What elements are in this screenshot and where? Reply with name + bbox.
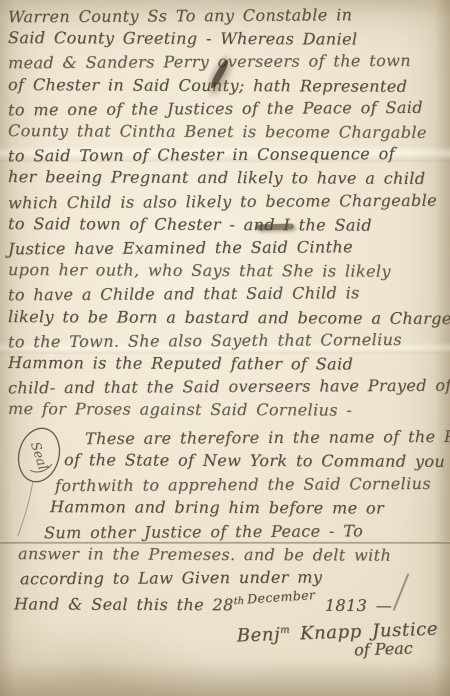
manuscript-line: mead & Sanders Perry overseers of the to… — [8, 49, 448, 75]
inserted-month: December — [246, 583, 316, 611]
manuscript-line: me for Proses against Said Cornelius - — [8, 397, 448, 422]
manuscript-line: Said County Greeting - Whereas Daniel — [8, 26, 448, 51]
manuscript-line: These are therefore in the name of the P… — [85, 425, 448, 451]
manuscript-line: Warren County Ss To any Constable in — [8, 3, 448, 29]
manuscript-line: to the Town. She also Sayeth that Cornel… — [8, 328, 448, 354]
manuscript-line: according to Law Given under my — [20, 565, 448, 591]
manuscript-command-paragraph: These are therefore in the name of the P… — [0, 426, 448, 618]
manuscript-line: answer in the Premeses. and be delt with — [18, 542, 448, 567]
signature-name-pre: Benj — [236, 624, 280, 647]
manuscript-line: Justice have Examined the Said Cinthe — [8, 235, 448, 261]
manuscript-line: upon her outh, who Says that She is like… — [8, 258, 448, 283]
manuscript-page: Warren County Ss To any Constable in Sai… — [0, 0, 450, 696]
manuscript-line: of Chester in Said County; hath Represen… — [8, 73, 448, 98]
signature: Benjm Knapp Justice of Peac — [236, 618, 439, 663]
manuscript-line: Hammon is the Reputed father of Said — [8, 351, 448, 376]
manuscript-line: Hammon and bring him before me or — [50, 495, 448, 520]
manuscript-line: to Said town of Chester - and I the Said — [8, 212, 448, 237]
date-ordinal-suffix: th — [234, 596, 245, 607]
manuscript-line: her beeing Pregnant and likely to have a… — [8, 165, 448, 190]
date-line-pre: Hand & Seal this the 28 — [14, 594, 234, 614]
manuscript-line: which Child is also likely to become Cha… — [8, 188, 448, 214]
manuscript-line: County that Cintha Benet is become Charg… — [8, 119, 448, 144]
manuscript-line: likely to be Born a bastard and become a… — [8, 305, 448, 330]
manuscript-line: Sum other Justice of the Peace - To — [44, 518, 448, 544]
manuscript-line: forthwith to apprehend the Said Corneliu… — [55, 472, 448, 498]
manuscript-line: to have a Childe and that Said Child is — [8, 281, 448, 307]
signature-name-sup: m — [279, 625, 289, 636]
manuscript-line: of the State of New York to Command you — [64, 449, 448, 474]
manuscript-date-line: Hand & Seal this the 28thDecember 1813 — — [14, 589, 448, 619]
manuscript-line: to Said Town of Chester in Consequence o… — [8, 142, 448, 168]
manuscript-line: child- and that the Said overseers have … — [8, 374, 448, 400]
manuscript-body: Warren County Ss To any Constable in Sai… — [8, 4, 448, 422]
date-line-post: 1813 — — [325, 596, 392, 615]
manuscript-line: to me one of the Justices of the Peace o… — [8, 95, 448, 121]
